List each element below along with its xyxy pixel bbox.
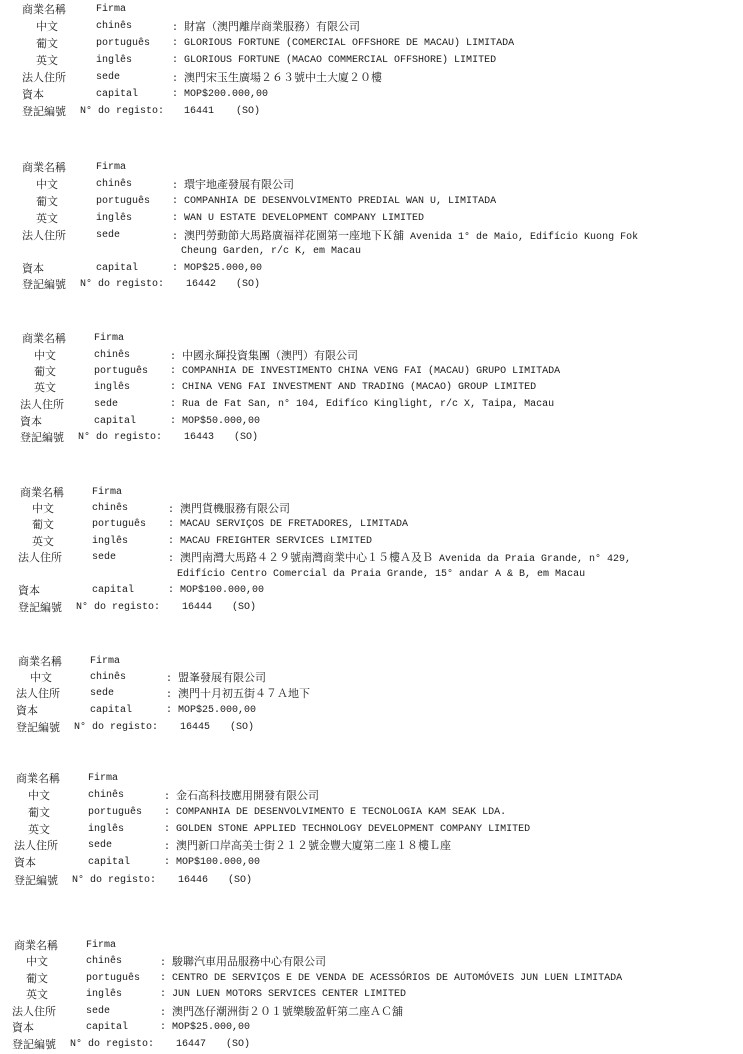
capital-label-zh: 資本 xyxy=(22,261,44,277)
colon: : xyxy=(164,792,170,803)
ingles-label-pt: inglês xyxy=(94,380,130,396)
address-chinese: 澳門宋玉生廣場２６３號中土大廈２０樓 xyxy=(184,71,382,84)
colon: : xyxy=(172,55,178,66)
colon: : xyxy=(172,89,178,100)
capital-label-zh: 資本 xyxy=(18,583,40,599)
capital-value: MOP$50.000,00 xyxy=(182,416,260,427)
name-chinese: 環宇地產發展有限公司 xyxy=(184,178,294,191)
registo-label-zh: 登記編號 xyxy=(20,430,64,446)
ingles-label-pt: inglês xyxy=(96,211,132,227)
firma-label-pt: Firma xyxy=(96,160,126,176)
firma-label-zh: 商業名稱 xyxy=(14,938,58,954)
registo-number: 16445 xyxy=(180,720,210,736)
chines-label-pt: chinês xyxy=(96,19,132,35)
registo-label-pt: N° do registo: xyxy=(76,600,160,616)
colon: : xyxy=(168,536,174,547)
address-portuguese-line2: Edifício Centro Comercial da Praia Grand… xyxy=(177,567,585,583)
capital-value: MOP$25.000,00 xyxy=(178,705,256,716)
chines-label-zh: 中文 xyxy=(36,177,58,193)
registo-label-zh: 登記編號 xyxy=(12,1037,56,1053)
portugues-label-zh: 葡文 xyxy=(26,971,48,987)
registo-suffix: (SO) xyxy=(230,720,254,736)
colon: : xyxy=(172,263,178,274)
sede-label-pt: sede xyxy=(96,228,120,244)
address-portuguese-line1: Rua de Fat San, n° 104, Edifíco Kingligh… xyxy=(182,399,554,410)
colon: : xyxy=(164,857,170,868)
firma-label-zh: 商業名稱 xyxy=(16,771,60,787)
registo-number: 16447 xyxy=(176,1037,206,1053)
name-chinese: 中國永輝投資集團（澳門）有限公司 xyxy=(182,349,358,362)
chines-label-zh: 中文 xyxy=(34,348,56,364)
address-chinese: 澳門新口岸高美士街２１２號金豐大廈第二座１８樓Ｌ座 xyxy=(176,839,451,852)
portugues-label-pt: português xyxy=(86,971,140,987)
ingles-label-pt: inglês xyxy=(92,534,128,550)
colon: : xyxy=(170,416,176,427)
name-chinese: 澳門貨機服務有限公司 xyxy=(180,502,290,515)
firma-label-pt: Firma xyxy=(86,938,116,954)
sede-label-zh: 法人住所 xyxy=(16,686,60,702)
ingles-label-zh: 英文 xyxy=(28,822,50,838)
ingles-label-zh: 英文 xyxy=(32,534,54,550)
name-chinese: 財富（澳門離岸商業服務）有限公司 xyxy=(184,20,360,33)
sede-label-zh: 法人住所 xyxy=(14,838,58,854)
registo-label-pt: N° do registo: xyxy=(80,104,164,120)
sede-label-pt: sede xyxy=(90,686,114,702)
ingles-label-zh: 英文 xyxy=(34,380,56,396)
address-portuguese-line1: Avenida da Praia Grande, n° 429, xyxy=(439,554,631,565)
firma-label-zh: 商業名稱 xyxy=(20,485,64,501)
colon: : xyxy=(170,366,176,377)
name-portuguese: COMPANHIA DE DESENVOLVIMENTO PREDIAL WAN… xyxy=(184,196,496,207)
registo-label-zh: 登記編號 xyxy=(18,600,62,616)
colon: : xyxy=(160,958,166,969)
colon: : xyxy=(164,807,170,818)
portugues-label-pt: português xyxy=(96,36,150,52)
chines-label-zh: 中文 xyxy=(28,788,50,804)
chines-label-pt: chinês xyxy=(92,501,128,517)
colon: : xyxy=(172,23,178,34)
firma-label-zh: 商業名稱 xyxy=(22,2,66,18)
firma-label-pt: Firma xyxy=(92,485,122,501)
registo-number: 16446 xyxy=(178,873,208,889)
sede-label-zh: 法人住所 xyxy=(18,550,62,566)
name-english: WAN U ESTATE DEVELOPMENT COMPANY LIMITED xyxy=(184,213,424,224)
registo-number: 16443 xyxy=(184,430,214,446)
registo-label-zh: 登記編號 xyxy=(22,104,66,120)
colon: : xyxy=(166,705,172,716)
registo-label-pt: N° do registo: xyxy=(70,1037,154,1053)
capital-label-pt: capital xyxy=(92,583,134,599)
address-portuguese-line2: Cheung Garden, r/c K, em Macau xyxy=(181,244,361,260)
sede-label-pt: sede xyxy=(88,838,112,854)
colon: : xyxy=(166,690,172,701)
sede-label-zh: 法人住所 xyxy=(22,228,66,244)
colon: : xyxy=(168,585,174,596)
colon: : xyxy=(170,382,176,393)
capital-value: MOP$100.000,00 xyxy=(176,857,260,868)
registo-suffix: (SO) xyxy=(226,1037,250,1053)
registo-label-pt: N° do registo: xyxy=(74,720,158,736)
colon: : xyxy=(160,989,166,1000)
capital-label-pt: capital xyxy=(96,87,138,103)
capital-label-pt: capital xyxy=(90,703,132,719)
portugues-label-zh: 葡文 xyxy=(36,36,58,52)
colon: : xyxy=(160,973,166,984)
capital-label-zh: 資本 xyxy=(14,855,36,871)
name-chinese: 駿聯汽車用品服務中心有限公司 xyxy=(172,955,326,968)
registo-label-zh: 登記編號 xyxy=(14,873,58,889)
capital-value: MOP$25.000,00 xyxy=(172,1022,250,1033)
registo-suffix: (SO) xyxy=(232,600,256,616)
portugues-label-pt: português xyxy=(96,194,150,210)
firma-label-pt: Firma xyxy=(88,771,118,787)
sede-label-zh: 法人住所 xyxy=(12,1004,56,1020)
sede-label-pt: sede xyxy=(96,70,120,86)
registo-number: 16442 xyxy=(186,277,216,293)
colon: : xyxy=(166,674,172,685)
registo-label-zh: 登記編號 xyxy=(22,277,66,293)
registo-suffix: (SO) xyxy=(236,277,260,293)
colon: : xyxy=(172,213,178,224)
colon: : xyxy=(168,519,174,530)
registo-label-zh: 登記編號 xyxy=(16,720,60,736)
registo-suffix: (SO) xyxy=(228,873,252,889)
capital-label-zh: 資本 xyxy=(22,87,44,103)
registo-suffix: (SO) xyxy=(236,104,260,120)
name-portuguese: COMPANHIA DE INVESTIMENTO CHINA VENG FAI… xyxy=(182,366,560,377)
firma-label-zh: 商業名稱 xyxy=(18,654,62,670)
name-english: GLORIOUS FORTUNE (MACAO COMMERCIAL OFFSH… xyxy=(184,55,496,66)
capital-label-pt: capital xyxy=(88,855,130,871)
colon: : xyxy=(160,1022,166,1033)
colon: : xyxy=(164,824,170,835)
colon: : xyxy=(164,842,170,853)
registo-label-pt: N° do registo: xyxy=(72,873,156,889)
address-chinese: 澳門南灣大馬路４２９號南灣商業中心１５樓Ａ及Ｂ xyxy=(180,551,433,564)
registo-label-pt: N° do registo: xyxy=(80,277,164,293)
chines-label-pt: chinês xyxy=(88,788,124,804)
portugues-label-zh: 葡文 xyxy=(34,364,56,380)
name-portuguese: MACAU SERVIÇOS DE FRETADORES, LIMITADA xyxy=(180,519,408,530)
sede-label-pt: sede xyxy=(92,550,116,566)
ingles-label-zh: 英文 xyxy=(36,53,58,69)
address-chinese: 澳門氹仔潮洲街２０１號樂駿盈軒第二座ＡＣ舖 xyxy=(172,1005,403,1018)
colon: : xyxy=(172,232,178,243)
colon: : xyxy=(168,554,174,565)
name-chinese: 盟峯發展有限公司 xyxy=(178,671,266,684)
registo-number: 16441 xyxy=(184,104,214,120)
portugues-label-pt: português xyxy=(94,364,148,380)
sede-label-pt: sede xyxy=(86,1004,110,1020)
chines-label-pt: chinês xyxy=(90,670,126,686)
colon: : xyxy=(172,74,178,85)
capital-label-pt: capital xyxy=(96,261,138,277)
capital-value: MOP$200.000,00 xyxy=(184,89,268,100)
capital-label-zh: 資本 xyxy=(20,414,42,430)
ingles-label-zh: 英文 xyxy=(26,987,48,1003)
colon: : xyxy=(168,505,174,516)
registo-number: 16444 xyxy=(182,600,212,616)
chines-label-zh: 中文 xyxy=(26,954,48,970)
capital-label-pt: capital xyxy=(86,1020,128,1036)
address-chinese: 澳門十月初五街４７Ａ地下 xyxy=(178,687,310,700)
capital-value: MOP$100.000,00 xyxy=(180,585,264,596)
firma-label-zh: 商業名稱 xyxy=(22,160,66,176)
chines-label-pt: chinês xyxy=(86,954,122,970)
capital-label-pt: capital xyxy=(94,414,136,430)
portugues-label-zh: 葡文 xyxy=(28,805,50,821)
firma-label-pt: Firma xyxy=(90,654,120,670)
firma-label-pt: Firma xyxy=(94,331,124,347)
name-english: GOLDEN STONE APPLIED TECHNOLOGY DEVELOPM… xyxy=(176,824,530,835)
chines-label-zh: 中文 xyxy=(36,19,58,35)
chines-label-zh: 中文 xyxy=(32,501,54,517)
sede-label-zh: 法人住所 xyxy=(22,70,66,86)
address-chinese: 澳門勞動節大馬路廣福祥花園第一座地下Ｋ舖 xyxy=(184,229,404,242)
name-chinese: 金石高科技應用開發有限公司 xyxy=(176,789,319,802)
capital-label-zh: 資本 xyxy=(12,1020,34,1036)
firma-label-zh: 商業名稱 xyxy=(22,331,66,347)
portugues-label-zh: 葡文 xyxy=(32,517,54,533)
chines-label-zh: 中文 xyxy=(30,670,52,686)
name-portuguese: GLORIOUS FORTUNE (COMERCIAL OFFSHORE DE … xyxy=(184,38,514,49)
colon: : xyxy=(160,1008,166,1019)
sede-label-zh: 法人住所 xyxy=(20,397,64,413)
colon: : xyxy=(170,399,176,410)
capital-label-zh: 資本 xyxy=(16,703,38,719)
ingles-label-pt: inglês xyxy=(96,53,132,69)
colon: : xyxy=(170,352,176,363)
portugues-label-pt: português xyxy=(92,517,146,533)
name-english: JUN LUEN MOTORS SERVICES CENTER LIMITED xyxy=(172,989,406,1000)
name-english: CHINA VENG FAI INVESTMENT AND TRADING (M… xyxy=(182,382,536,393)
chines-label-pt: chinês xyxy=(94,348,130,364)
ingles-label-zh: 英文 xyxy=(36,211,58,227)
name-portuguese: CENTRO DE SERVIÇOS E DE VENDA DE ACESSÓR… xyxy=(172,973,622,984)
portugues-label-zh: 葡文 xyxy=(36,194,58,210)
name-portuguese: COMPANHIA DE DESENVOLVIMENTO E TECNOLOGI… xyxy=(176,807,506,818)
chines-label-pt: chinês xyxy=(96,177,132,193)
name-english: MACAU FREIGHTER SERVICES LIMITED xyxy=(180,536,372,547)
ingles-label-pt: inglês xyxy=(88,822,124,838)
firma-label-pt: Firma xyxy=(96,2,126,18)
address-portuguese-line1: Avenida 1° de Maio, Edifício Kuong Fok xyxy=(410,232,638,243)
portugues-label-pt: português xyxy=(88,805,142,821)
colon: : xyxy=(172,38,178,49)
capital-value: MOP$25.000,00 xyxy=(184,263,262,274)
registo-label-pt: N° do registo: xyxy=(78,430,162,446)
ingles-label-pt: inglês xyxy=(86,987,122,1003)
colon: : xyxy=(172,181,178,192)
colon: : xyxy=(172,196,178,207)
registo-suffix: (SO) xyxy=(234,430,258,446)
sede-label-pt: sede xyxy=(94,397,118,413)
